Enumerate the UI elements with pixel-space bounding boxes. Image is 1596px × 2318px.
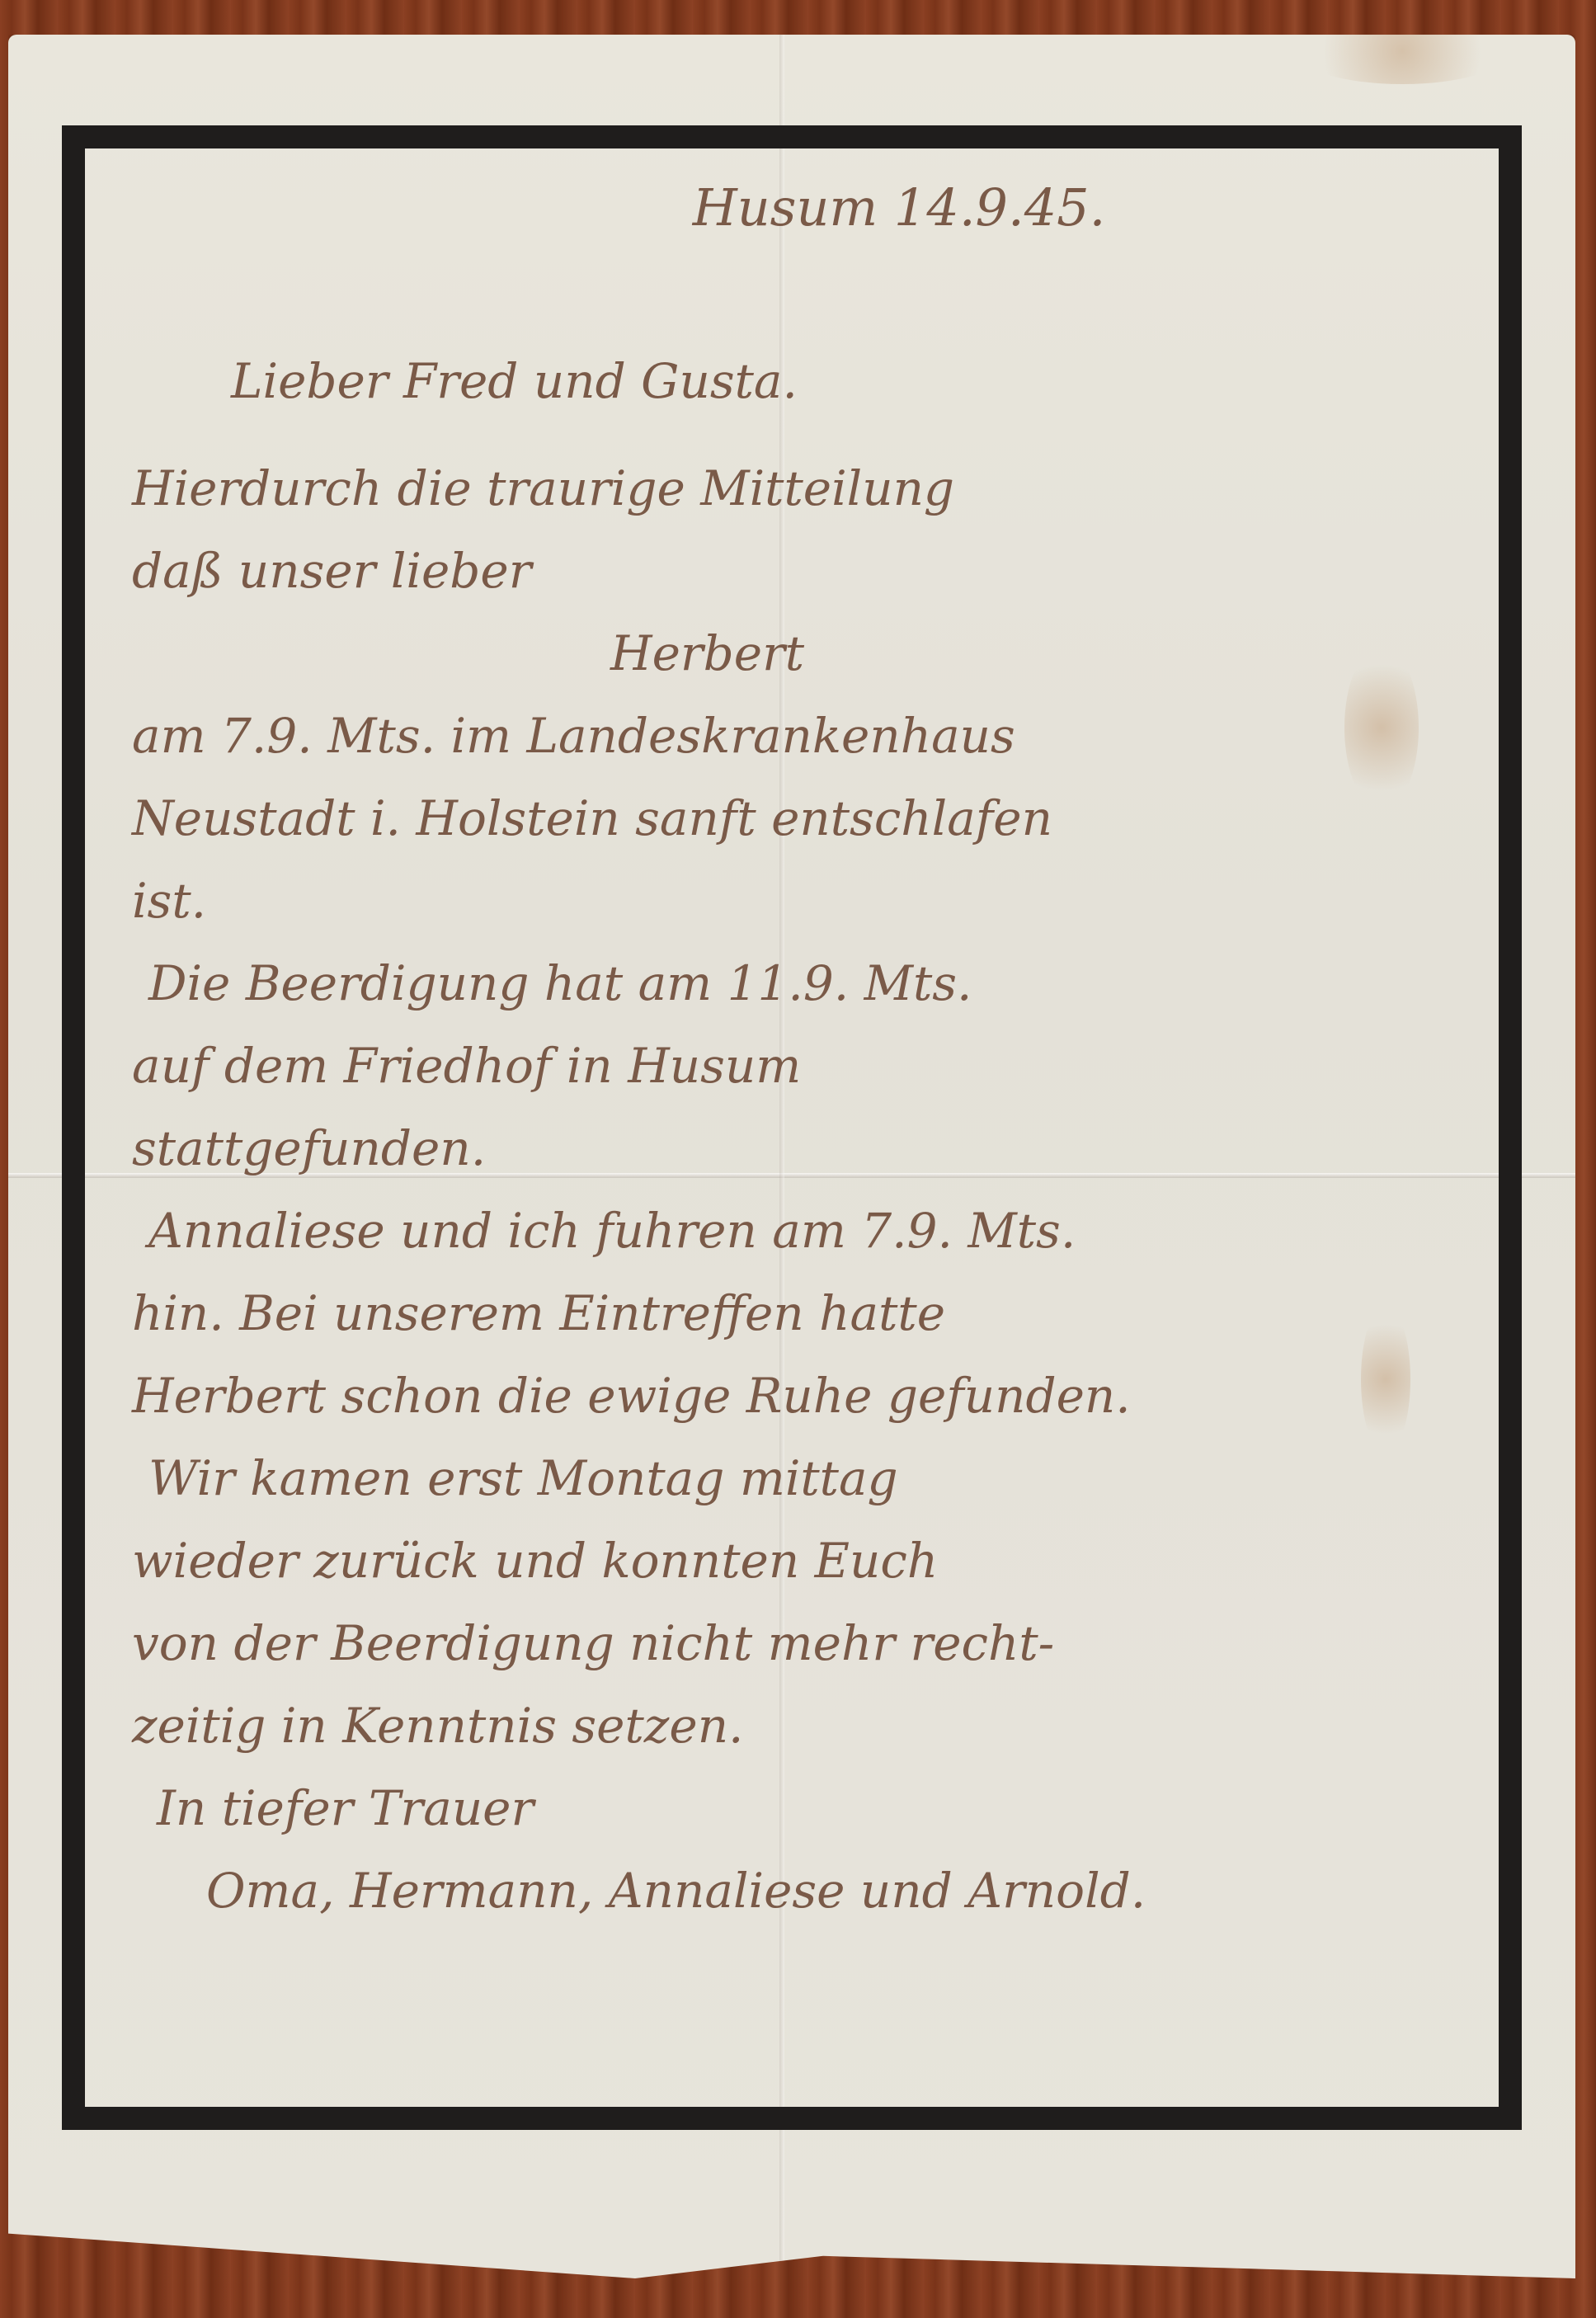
letter-line: daß unser lieber [132, 530, 1485, 612]
letter-line: von der Beerdigung nicht mehr recht- [132, 1602, 1485, 1684]
letter-line: Annaliese und ich fuhren am 7.9. Mts. [148, 1190, 1485, 1272]
letter-line: Neustadt i. Holstein sanft entschlafen [132, 777, 1485, 860]
letter-line: Herbert schon die ewige Ruhe gefunden. [132, 1355, 1485, 1437]
letter-line: hin. Bei unserem Eintreffen hatte [132, 1272, 1485, 1355]
letter-date-header: Husum 14.9.45. [313, 167, 1485, 249]
letter-line: ist. [132, 860, 1485, 942]
letter-line: stattgefunden. [132, 1107, 1485, 1190]
letter-signature: Oma, Hermann, Annaliese und Arnold. [206, 1849, 1485, 1932]
letter-paper: Husum 14.9.45. Lieber Fred und Gusta. Hi… [8, 35, 1575, 2278]
letter-body: Husum 14.9.45. Lieber Fred und Gusta. Hi… [99, 167, 1485, 1932]
letter-line: Wir kamen erst Montag mittag [148, 1437, 1485, 1519]
letter-line: am 7.9. Mts. im Landeskrankenhaus [132, 695, 1485, 777]
letter-greeting: Lieber Fred und Gusta. [231, 340, 1485, 422]
letter-line: zeitig in Kenntnis setzen. [132, 1684, 1485, 1767]
letter-line: Hierdurch die traurige Mitteilung [132, 447, 1485, 530]
paper-stain [1295, 18, 1509, 84]
letter-deceased-name: Herbert [610, 612, 1485, 695]
letter-closing: In tiefer Trauer [157, 1767, 1485, 1849]
letter-line: Die Beerdigung hat am 11.9. Mts. [148, 942, 1485, 1025]
letter-line: wieder zurück und konnten Euch [132, 1519, 1485, 1602]
letter-line: auf dem Friedhof in Husum [132, 1025, 1485, 1107]
